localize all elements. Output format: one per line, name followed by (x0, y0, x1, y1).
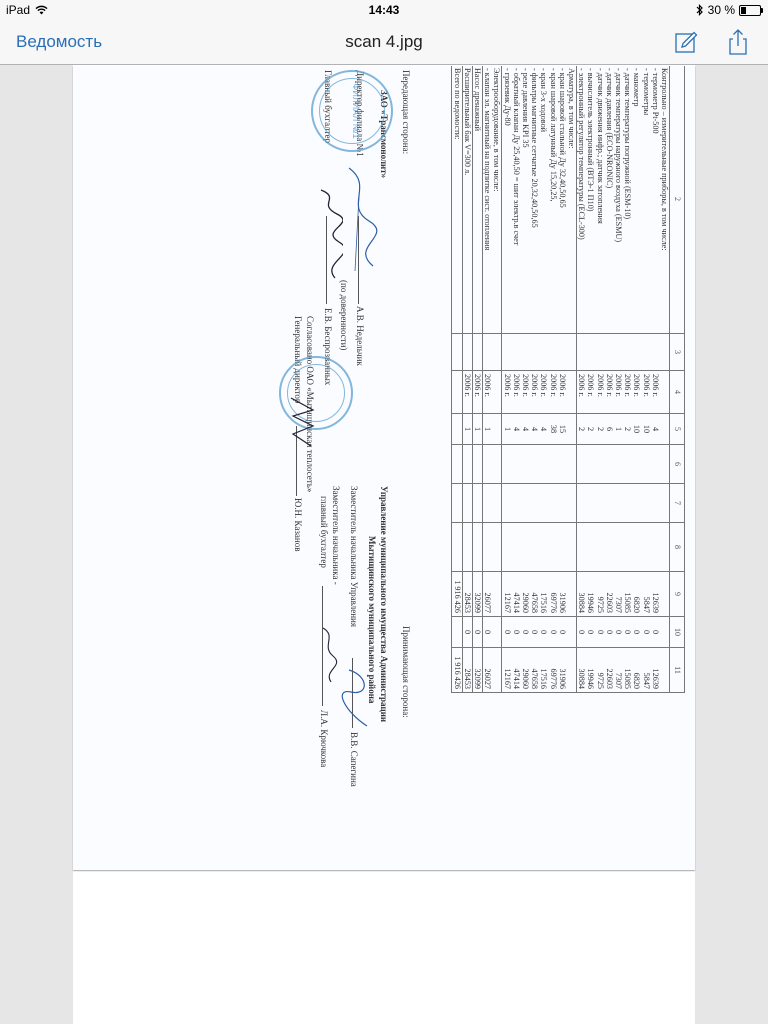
item-qty-line: 4 (539, 417, 548, 441)
item-qty: 153844441 (502, 414, 577, 445)
item-name-line: - кран 3-х ходовой (539, 68, 548, 330)
column-number: 6 (670, 445, 685, 484)
item-residual-line: 5847 (641, 651, 650, 689)
empty-cell (502, 445, 577, 484)
total-label: Всего по ведомости: (452, 66, 462, 334)
empty-cell (462, 523, 472, 572)
item-depreciation-line: 0 (651, 620, 660, 644)
deputy-name: В.В. Сапегина (349, 732, 359, 787)
empty-cell (502, 523, 577, 572)
signature-scribble (317, 626, 339, 686)
item-year-line: 2006 г. (548, 374, 557, 410)
item-name-line: Арматура, в том числе: (567, 68, 576, 330)
empty-cell (482, 523, 501, 572)
item-cost-line (660, 575, 669, 613)
empty-cell (502, 334, 577, 371)
item-name: Электрооборудование, в том числе:- клапа… (482, 66, 501, 334)
item-qty: 41010216222 (576, 414, 669, 445)
empty-cell (472, 523, 482, 572)
item-year-line: 2006 г. (651, 374, 660, 410)
item-cost-line: 47658 (530, 575, 539, 613)
item-depreciation: 0 (462, 617, 472, 648)
item-depreciation: 0 (482, 617, 501, 648)
item-name-line: - датчик температуры наружного воздуха (… (614, 68, 623, 330)
item-depreciation: 0000000 (502, 617, 577, 648)
item-depreciation: 000000000 (576, 617, 669, 648)
item-qty: 1 (462, 414, 472, 445)
director-name: А.В. Недельчик (355, 306, 365, 366)
empty-cell (472, 445, 482, 484)
item-cost-line (492, 575, 501, 613)
item-cost: 1263958476820150857307226039725199463088… (576, 572, 669, 617)
item-name: Расширительный бак V=300 л. (462, 66, 472, 334)
empty-cell (472, 484, 482, 523)
item-year-line: 2006 г. (521, 374, 530, 410)
battery-percent: 30 % (708, 3, 735, 17)
bluetooth-icon (696, 4, 704, 16)
item-year-line: 2006 г. (595, 374, 604, 410)
item-name-line: - кран шаровой стальной Ду 32,40,50,65 (558, 68, 567, 330)
item-cost-line: 9725 (595, 575, 604, 613)
item-cost-line: 30884 (577, 575, 586, 613)
item-depreciation-line: 0 (521, 620, 530, 644)
item-depreciation-line: 0 (641, 620, 650, 644)
item-residual-line: 12167 (502, 651, 511, 689)
empty-cell (452, 334, 462, 371)
item-residual-line: 31906 (558, 651, 567, 689)
table-row: Расширительный бак V=300 л.2006 г.128453… (462, 66, 472, 693)
empty-cell (452, 371, 462, 414)
empty-cell (452, 523, 462, 572)
item-cost: 32099 (472, 572, 482, 617)
empty-cell (452, 445, 462, 484)
item-name-line: - фильтры магнитные сетчатые 20,32,40,50… (530, 68, 539, 330)
item-residual-line: 22603 (605, 651, 614, 689)
item-name-line: - датчик движения инфр.; датчик затоплен… (595, 68, 604, 330)
item-residual-line (567, 651, 576, 689)
item-name-line: - грязевик Ду-80 (502, 68, 511, 330)
item-residual-line (492, 651, 501, 689)
item-year: 2006 г.2006 г.2006 г.2006 г.2006 г.2006 … (576, 371, 669, 414)
item-residual-line (660, 651, 669, 689)
deputy2-title-line2: главный бухгалтер (319, 496, 329, 568)
item-residual-line: 30884 (577, 651, 586, 689)
item-depreciation-line (567, 620, 576, 644)
item-name-line: - вычислитель электронный (ВТЭ-1 П10) (586, 68, 595, 330)
column-number: 3 (670, 334, 685, 371)
item-residual-line: 15085 (623, 651, 632, 689)
item-depreciation-line: 0 (558, 620, 567, 644)
scanned-sheet: 234567891011Контрольно – измерительные п… (73, 66, 695, 870)
item-depreciation-line: 0 (502, 620, 511, 644)
column-number: 8 (670, 523, 685, 572)
table-row-section: Арматура, в том числе:- кран шаровой ста… (502, 66, 577, 693)
item-qty-line: 1 (502, 417, 511, 441)
signature-scribble (339, 166, 379, 276)
item-residual: 32099 (472, 648, 482, 693)
column-number: 5 (670, 414, 685, 445)
share-icon[interactable] (724, 28, 752, 56)
edit-icon[interactable] (672, 28, 700, 56)
table-row: Насос дренажный2006 г.132099032099 (472, 66, 482, 693)
item-year-line: 2006 г. (605, 374, 614, 410)
item-qty-line: 15 (558, 417, 567, 441)
item-cost-line: 15085 (623, 575, 632, 613)
column-number: 2 (670, 66, 685, 334)
item-qty-line: 2 (623, 417, 632, 441)
item-qty: 1 (482, 414, 501, 445)
company-stamp: ФИЛИАЛ №1 (311, 70, 393, 152)
item-depreciation-line: 0 (605, 620, 614, 644)
table-row-section: Контрольно – измерительные приборы, в то… (576, 66, 669, 693)
item-cost-line: 47414 (512, 575, 521, 613)
item-residual-line: 12639 (651, 651, 660, 689)
item-residual-line: 47414 (512, 651, 521, 689)
item-residual-line: 69776 (548, 651, 557, 689)
item-name-line: - манометр (632, 68, 641, 330)
column-number: 4 (670, 371, 685, 414)
item-name-line: - кран шаровой латунный Ду 15,20,25, (548, 68, 557, 330)
item-qty-line: 4 (530, 417, 539, 441)
item-depreciation-line (492, 620, 501, 644)
item-year-line: 2006 г. (558, 374, 567, 410)
item-cost-line: 19946 (586, 575, 595, 613)
item-cost: 31906697761751647658290604741412167 (502, 572, 577, 617)
item-residual: 1263958476820150857307226039725199463088… (576, 648, 669, 693)
item-year-line (660, 374, 669, 410)
item-qty-line: 38 (548, 417, 557, 441)
column-number: 9 (670, 572, 685, 617)
table-row-section: Электрооборудование, в том числе:- клапа… (482, 66, 501, 693)
item-year: 2006 г. (462, 371, 472, 414)
empty-cell (576, 445, 669, 484)
deputy2-name: Л.А. Крючкова (319, 710, 329, 767)
item-depreciation-line: 0 (595, 620, 604, 644)
item-depreciation-line: 0 (512, 620, 521, 644)
empty-cell (462, 334, 472, 371)
item-depreciation-line: 0 (623, 620, 632, 644)
item-name-line: Электрооборудование, в том числе: (492, 68, 501, 330)
item-residual-line: 6820 (632, 651, 641, 689)
signature-scribble (287, 396, 317, 456)
item-year-line: 2006 г. (539, 374, 548, 410)
item-cost-line (567, 575, 576, 613)
empty-cell (452, 484, 462, 523)
item-qty-line: 4 (521, 417, 530, 441)
item-depreciation-line: 0 (539, 620, 548, 644)
column-numbers-row: 234567891011 (670, 66, 685, 693)
battery-icon (739, 5, 761, 16)
item-residual-line: 7307 (614, 651, 623, 689)
signatures-block: Передающая сторона: ЗАО «Трансмонолит» Д… (87, 66, 427, 866)
item-name-line: - обратный клапан Ду 25,40,50 = шит элек… (512, 68, 521, 330)
deputy2-title-line1: Заместитель начальника - (331, 486, 341, 585)
empty-cell (576, 334, 669, 371)
item-depreciation-line: 0 (632, 620, 641, 644)
item-year-line: 2006 г. (512, 374, 521, 410)
item-cost-line: 7307 (614, 575, 623, 613)
inventory-table: 234567891011Контрольно – измерительные п… (451, 66, 685, 693)
item-residual: 31906697761751647658290604741412167 (502, 648, 577, 693)
item-residual-line: 19946 (586, 651, 595, 689)
column-number: 11 (670, 648, 685, 693)
item-qty-line: 4 (512, 417, 521, 441)
item-name: Контрольно – измерительные приборы, в то… (576, 66, 669, 334)
item-year-line: 2006 г. (483, 374, 492, 410)
item-residual-line: 26027 (483, 651, 492, 689)
item-qty-line: 4 (651, 417, 660, 441)
column-number: 7 (670, 484, 685, 523)
item-cost-line: 5847 (641, 575, 650, 613)
empty-cell (452, 617, 462, 648)
transferring-heading: Передающая сторона: (401, 70, 411, 154)
total-residual: 1 916 426 (452, 648, 462, 693)
item-residual: 26027 (482, 648, 501, 693)
item-name: Арматура, в том числе:- кран шаровой ста… (502, 66, 577, 334)
item-residual-line: 47658 (530, 651, 539, 689)
item-cost-line: 26077 (483, 575, 492, 613)
signature-scribble (341, 666, 371, 736)
item-year-line: 2006 г. (530, 374, 539, 410)
item-qty-line: 6 (605, 417, 614, 441)
item-cost: 28453 (462, 572, 472, 617)
item-year: 2006 г.2006 г.2006 г.2006 г.2006 г.2006 … (502, 371, 577, 414)
item-depreciation-line: 0 (548, 620, 557, 644)
item-residual-line: 9725 (595, 651, 604, 689)
item-qty-line: 2 (577, 417, 586, 441)
item-cost-line: 12639 (651, 575, 660, 613)
item-cost: 26077 (482, 572, 501, 617)
empty-cell (482, 334, 501, 371)
empty-cell (576, 484, 669, 523)
item-depreciation-line: 0 (614, 620, 623, 644)
item-cost-line: 22603 (605, 575, 614, 613)
item-year-line: 2006 г. (502, 374, 511, 410)
item-qty-line: 10 (632, 417, 641, 441)
item-cost-line: 17516 (539, 575, 548, 613)
item-year-line (567, 374, 576, 410)
item-name-line: Контрольно – измерительные приборы, в то… (660, 68, 669, 330)
item-qty-line: 1 (614, 417, 623, 441)
item-qty-line: 1 (483, 417, 492, 441)
item-name: Насос дренажный (472, 66, 482, 334)
item-year: 2006 г. (472, 371, 482, 414)
empty-cell (452, 414, 462, 445)
item-year-line (492, 374, 501, 410)
gen-director-name: Ю.Н. Казанов (293, 498, 303, 552)
empty-cell (462, 445, 472, 484)
empty-cell (482, 484, 501, 523)
item-depreciation-line: 0 (483, 620, 492, 644)
empty-cell (472, 334, 482, 371)
item-year: 2006 г. (482, 371, 501, 414)
signature-scribble (315, 186, 343, 296)
item-name-line: - реле давления KPI 35 (521, 68, 530, 330)
status-bar: iPad 14:43 30 % (0, 0, 768, 20)
nav-bar: Ведомость scan 4.jpg (0, 20, 768, 65)
item-depreciation-line: 0 (530, 620, 539, 644)
item-year-line: 2006 г. (614, 374, 623, 410)
item-year-line: 2006 г. (641, 374, 650, 410)
item-name-line: - электронный регулятор температуры (ECL… (577, 68, 586, 330)
item-depreciation: 0 (472, 617, 482, 648)
document-viewer[interactable]: 234567891011Контрольно – измерительные п… (0, 65, 768, 1024)
document-title: scan 4.jpg (0, 32, 768, 52)
item-cost-line: 29060 (521, 575, 530, 613)
empty-cell (482, 445, 501, 484)
total-cost: 1 916 426 (452, 572, 462, 617)
item-year-line: 2006 г. (586, 374, 595, 410)
column-number: 10 (670, 617, 685, 648)
item-depreciation-line: 0 (586, 620, 595, 644)
receiving-heading: Принимающая сторона: (401, 626, 411, 718)
item-qty-line (492, 417, 501, 441)
item-residual: 28453 (462, 648, 472, 693)
item-cost-line: 6820 (632, 575, 641, 613)
item-name-line: - термометр Pt-500 (651, 68, 660, 330)
deputy-title: Заместитель начальника Управления (349, 486, 359, 627)
table-row-total: Всего по ведомости:1 916 4261 916 426 (452, 66, 462, 693)
clock: 14:43 (0, 3, 768, 17)
item-name-line: - датчик температуры погружной (ESM-10) (623, 68, 632, 330)
item-qty-line: 2 (595, 417, 604, 441)
item-name-line: - датчик давления (ECO-NRONIC) (605, 68, 614, 330)
item-qty-line: 10 (641, 417, 650, 441)
item-name-line: - термометры (641, 68, 650, 330)
empty-cell (502, 484, 577, 523)
item-residual-line: 29060 (521, 651, 530, 689)
item-depreciation-line: 0 (577, 620, 586, 644)
item-cost-line: 69776 (548, 575, 557, 613)
item-cost-line: 31906 (558, 575, 567, 613)
item-qty-line (660, 417, 669, 441)
item-name-line: - клапан эл. магнитный на подпитке сист.… (483, 68, 492, 330)
item-residual-line: 17516 (539, 651, 548, 689)
item-cost-line: 12167 (502, 575, 511, 613)
item-qty-line (567, 417, 576, 441)
item-year-line: 2006 г. (577, 374, 586, 410)
item-year-line: 2006 г. (623, 374, 632, 410)
item-depreciation-line (660, 620, 669, 644)
empty-cell (462, 484, 472, 523)
empty-cell (576, 523, 669, 572)
receiving-org-line1: Управление муниципального имущества Адми… (379, 486, 389, 722)
scanned-image: 234567891011Контрольно – измерительные п… (73, 66, 695, 870)
item-qty: 1 (472, 414, 482, 445)
item-year-line: 2006 г. (632, 374, 641, 410)
item-qty-line: 2 (586, 417, 595, 441)
